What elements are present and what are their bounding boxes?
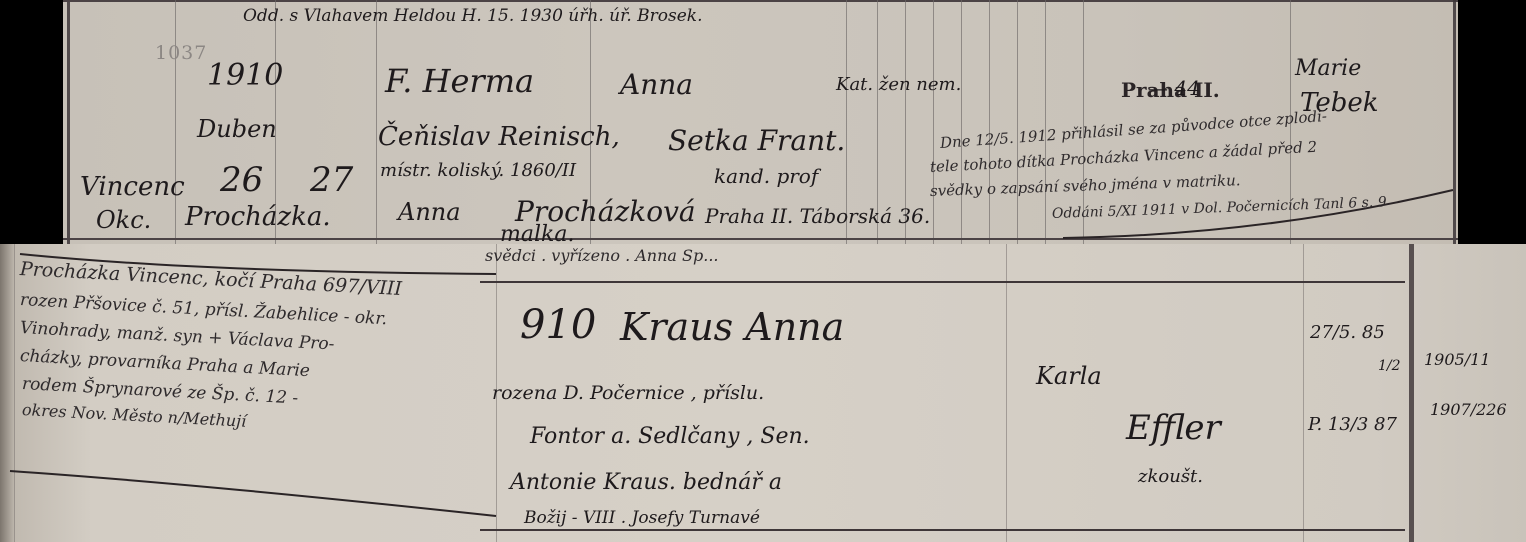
priest-role: místr. koliský. 1860/II bbox=[380, 160, 576, 181]
bottom-mother-name: Kraus Anna bbox=[620, 305, 844, 349]
register-number: 1037 bbox=[155, 42, 207, 64]
godparent-surname: Setka Frant. bbox=[668, 124, 845, 157]
mother-given: Anna bbox=[398, 198, 461, 226]
margin-border-line bbox=[1409, 244, 1414, 542]
date-note: 1/2 bbox=[1378, 358, 1401, 374]
bottom-year: 910 bbox=[520, 302, 596, 348]
birth-day: 26 bbox=[220, 160, 263, 200]
column-line bbox=[961, 0, 962, 244]
child-given-name: Vincenc bbox=[80, 172, 185, 202]
place-number: — 44 bbox=[1148, 76, 1200, 100]
child-surname: Procházka. bbox=[185, 202, 331, 232]
priest-name: Čeňislav Reinisch, bbox=[378, 122, 620, 152]
row-rule bbox=[480, 529, 1405, 531]
religion-note: Kat. žen nem. bbox=[836, 74, 961, 95]
godparent-profession: kand. prof bbox=[714, 164, 818, 188]
child-abbrev: Okc. bbox=[96, 206, 151, 234]
signature: Effler bbox=[1126, 408, 1221, 448]
godparent-name: Anna bbox=[620, 68, 693, 101]
godparent-address: Praha II. Táborská 36. bbox=[705, 204, 930, 228]
row-rule bbox=[480, 281, 1405, 283]
baptism-day: 27 bbox=[310, 160, 353, 200]
column-line bbox=[1017, 0, 1018, 244]
page-border-line bbox=[67, 0, 70, 244]
cut-off-line: svědci . vyřízeno . Anna Sp... bbox=[485, 246, 718, 265]
baptized-by: F. Herma bbox=[385, 62, 534, 100]
bottom-mother-line: Antonie Kraus. bednář a bbox=[510, 470, 782, 495]
bottom-mother-line: rozena D. Počernice , příslu. bbox=[492, 382, 764, 404]
column-line bbox=[376, 0, 377, 244]
top-rule-line bbox=[63, 0, 1458, 2]
annotation-header: Odd. s Vlahavem Heldou H. 15. 1930 úřh. … bbox=[243, 6, 702, 26]
column-line bbox=[1006, 244, 1007, 542]
midwife-given: Marie bbox=[1295, 56, 1361, 81]
column-line bbox=[175, 0, 176, 244]
margin-reference: 1905/11 bbox=[1424, 350, 1490, 369]
signature-title: zkoušt. bbox=[1138, 466, 1203, 487]
bottom-mother-line: Božij - VIII . Josefy Turnavé bbox=[524, 508, 760, 528]
column-line bbox=[933, 0, 934, 244]
column-line bbox=[1303, 244, 1304, 542]
column-line bbox=[1045, 0, 1046, 244]
witness-name: Karla bbox=[1036, 362, 1102, 390]
bottom-mother-line: Fontor a. Sedlčany , Sen. bbox=[530, 424, 810, 449]
margin-reference: 1907/226 bbox=[1430, 400, 1507, 419]
column-line bbox=[989, 0, 990, 244]
date-note: P. 13/3 87 bbox=[1308, 414, 1397, 435]
birth-year: 1910 bbox=[207, 58, 283, 93]
birth-month: Duben bbox=[197, 115, 277, 143]
date-note: 27/5. 85 bbox=[1310, 322, 1385, 343]
